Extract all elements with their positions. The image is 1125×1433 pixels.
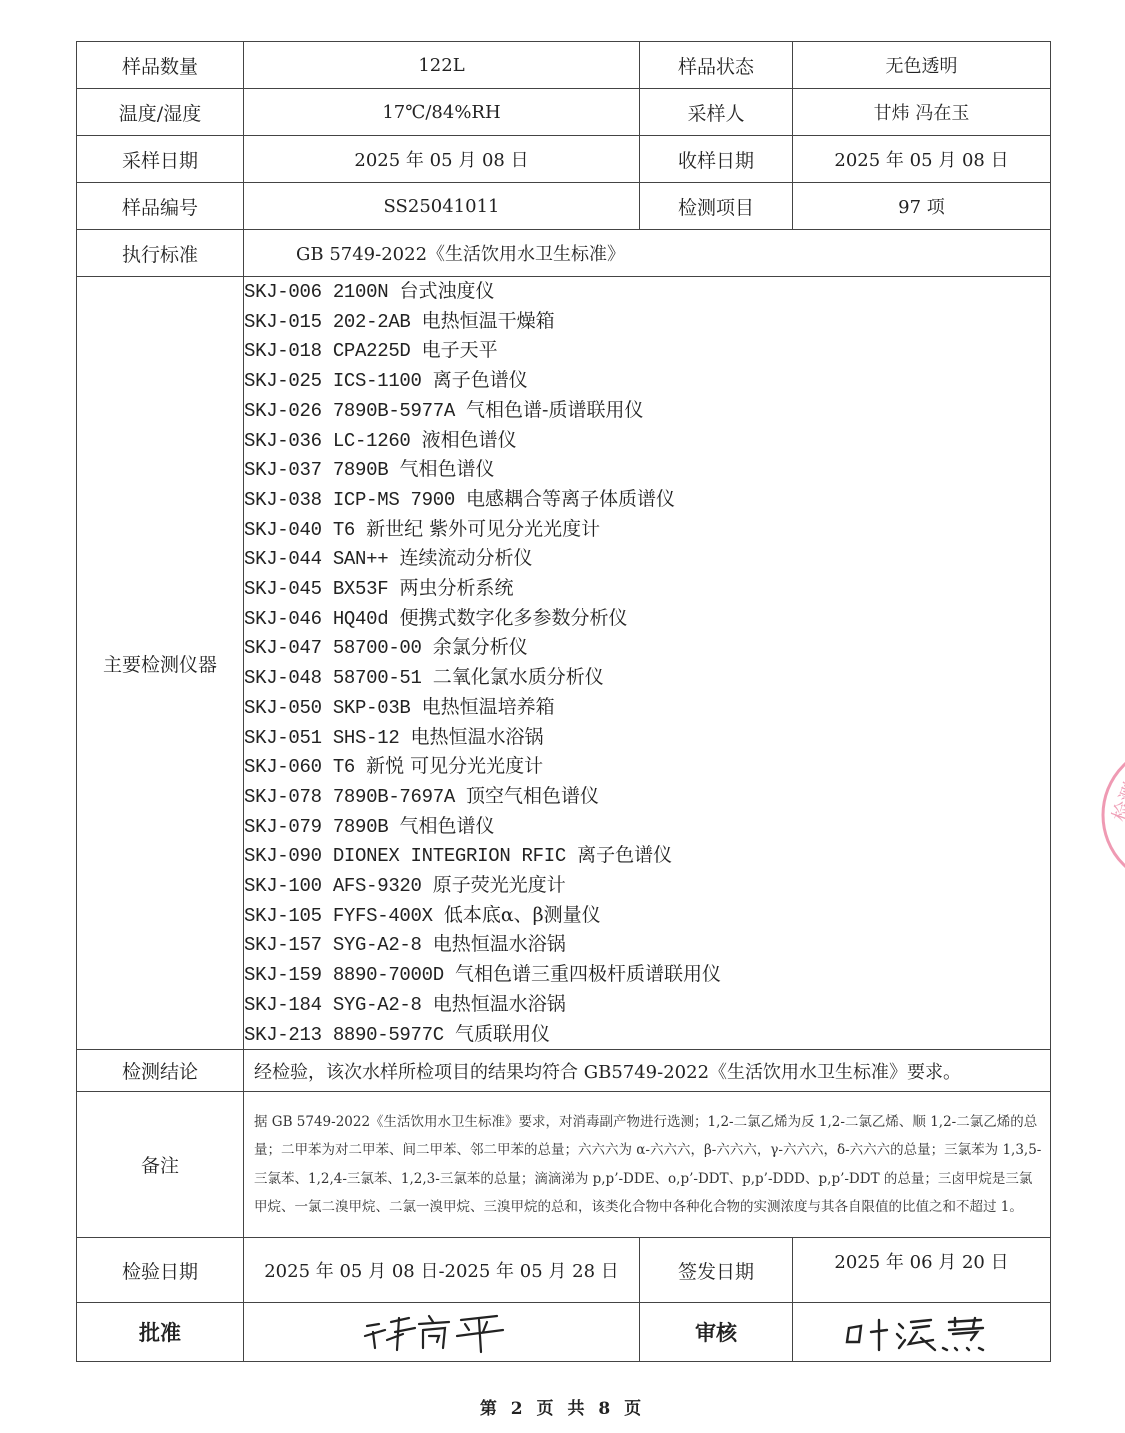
instrument-code: SKJ-036 LC-1260	[244, 430, 422, 452]
instrument-item: SKJ-157 SYG-A2-8 电热恒温水浴锅	[244, 930, 1050, 960]
instrument-code: SKJ-050 SKP-03B	[244, 697, 422, 719]
row-temperature: 温度/湿度 17℃/84%RH 采样人 甘炜 冯在玉	[77, 89, 1051, 136]
instrument-name: 电热恒温水浴锅	[411, 726, 544, 748]
instrument-item: SKJ-036 LC-1260 液相色谱仪	[244, 426, 1050, 456]
instrument-item: SKJ-213 8890-5977C 气质联用仪	[244, 1020, 1050, 1050]
instrument-code: SKJ-040 T6	[244, 519, 366, 541]
instrument-item: SKJ-079 7890B 气相色谱仪	[244, 812, 1050, 842]
instrument-code: SKJ-079 7890B	[244, 816, 399, 838]
instrument-list: SKJ-006 2100N 台式浊度仪SKJ-015 202-2AB 电热恒温干…	[244, 277, 1051, 1050]
label-review: 审核	[640, 1303, 793, 1362]
value-standard: GB 5749-2022《生活饮用水卫生标准》	[244, 230, 1051, 277]
label-sampling-date: 采样日期	[77, 136, 244, 183]
instrument-item: SKJ-078 7890B-7697A 顶空气相色谱仪	[244, 782, 1050, 812]
instrument-code: SKJ-078 7890B-7697A	[244, 786, 466, 808]
instrument-name: 两虫分析系统	[399, 577, 513, 599]
label-sample-state: 样品状态	[640, 42, 793, 89]
label-instruments: 主要检测仪器	[77, 277, 244, 1050]
label-conclusion: 检测结论	[77, 1050, 244, 1092]
signature-image	[357, 1310, 527, 1354]
label-temp-humidity: 温度/湿度	[77, 89, 244, 136]
label-standard: 执行标准	[77, 230, 244, 277]
value-sampling-date: 2025 年 05 月 08 日	[244, 136, 640, 183]
instrument-item: SKJ-040 T6 新世纪 紫外可见分光光度计	[244, 515, 1050, 545]
row-remarks: 备注 据 GB 5749-2022《生活饮用水卫生标准》要求，对消毒副产物进行选…	[77, 1092, 1051, 1238]
instrument-code: SKJ-048 58700-51	[244, 667, 433, 689]
instrument-code: SKJ-018 CPA225D	[244, 340, 422, 362]
instrument-code: SKJ-026 7890B-5977A	[244, 400, 466, 422]
row-sampling-date: 采样日期 2025 年 05 月 08 日 收样日期 2025 年 05 月 0…	[77, 136, 1051, 183]
instrument-item: SKJ-050 SKP-03B 电热恒温培养箱	[244, 693, 1050, 723]
instrument-code: SKJ-105 FYFS-400X	[244, 905, 444, 927]
instrument-code: SKJ-046 HQ40d	[244, 608, 399, 630]
approve-signature	[244, 1303, 640, 1362]
instrument-name: 顶空气相色谱仪	[466, 785, 599, 807]
label-test-items: 检测项目	[640, 183, 793, 230]
value-sample-state: 无色透明	[793, 42, 1051, 89]
instrument-code: SKJ-037 7890B	[244, 459, 399, 481]
instrument-name: 便携式数字化多参数分析仪	[399, 607, 627, 629]
instrument-item: SKJ-015 202-2AB 电热恒温干燥箱	[244, 307, 1050, 337]
instrument-name: 离子色谱仪	[577, 844, 672, 866]
value-receipt-date: 2025 年 05 月 08 日	[793, 136, 1051, 183]
row-sample-quantity: 样品数量 122L 样品状态 无色透明	[77, 42, 1051, 89]
instrument-name: 气相色谱仪	[399, 458, 494, 480]
instrument-name: 余氯分析仪	[433, 636, 528, 658]
instrument-code: SKJ-047 58700-00	[244, 637, 433, 659]
instrument-code: SKJ-015 202-2AB	[244, 311, 422, 333]
row-standard: 执行标准 GB 5749-2022《生活饮用水卫生标准》	[77, 230, 1051, 277]
label-inspect-date: 检验日期	[77, 1238, 244, 1303]
instrument-name: 电子天平	[422, 339, 498, 361]
report-table: 样品数量 122L 样品状态 无色透明 温度/湿度 17℃/84%RH 采样人 …	[76, 41, 1051, 1362]
page-footer: 第 2 页 共 8 页	[0, 1394, 1125, 1419]
instrument-item: SKJ-025 ICS-1100 离子色谱仪	[244, 366, 1050, 396]
instrument-code: SKJ-044 SAN++	[244, 548, 399, 570]
instrument-code: SKJ-159 8890-7000D	[244, 964, 455, 986]
instrument-code: SKJ-051 SHS-12	[244, 727, 411, 749]
signature-image	[837, 1310, 1007, 1354]
value-sample-quantity: 122L	[244, 42, 640, 89]
instrument-code: SKJ-213 8890-5977C	[244, 1024, 455, 1046]
label-sampler: 采样人	[640, 89, 793, 136]
value-remarks: 据 GB 5749-2022《生活饮用水卫生标准》要求，对消毒副产物进行选测；1…	[244, 1092, 1051, 1238]
instrument-item: SKJ-018 CPA225D 电子天平	[244, 336, 1050, 366]
instrument-name: 连续流动分析仪	[399, 547, 532, 569]
review-signature	[793, 1303, 1051, 1362]
instrument-name: 液相色谱仪	[422, 429, 517, 451]
row-conclusion: 检测结论 经检验，该次水样所检项目的结果均符合 GB5749-2022《生活饮用…	[77, 1050, 1051, 1092]
instrument-code: SKJ-157 SYG-A2-8	[244, 934, 433, 956]
instrument-name: 低本底α、β测量仪	[444, 904, 601, 926]
instrument-code: SKJ-006 2100N	[244, 281, 399, 303]
instrument-item: SKJ-100 AFS-9320 原子荧光光度计	[244, 871, 1050, 901]
instrument-name: 新世纪 紫外可见分光光度计	[366, 518, 600, 540]
row-sample-id: 样品编号 SS25041011 检测项目 97 项	[77, 183, 1051, 230]
label-issue-date: 签发日期	[640, 1238, 793, 1303]
instrument-item: SKJ-026 7890B-5977A 气相色谱-质谱联用仪	[244, 396, 1050, 426]
value-inspect-date: 2025 年 05 月 08 日-2025 年 05 月 28 日	[244, 1238, 640, 1303]
instrument-item: SKJ-046 HQ40d 便携式数字化多参数分析仪	[244, 604, 1050, 634]
row-instruments: 主要检测仪器 SKJ-006 2100N 台式浊度仪SKJ-015 202-2A…	[77, 277, 1051, 1050]
instrument-item: SKJ-006 2100N 台式浊度仪	[244, 277, 1050, 307]
instrument-name: 气相色谱三重四极杆质谱联用仪	[455, 963, 721, 985]
instrument-name: 电热恒温培养箱	[422, 696, 555, 718]
value-sample-id: SS25041011	[244, 183, 640, 230]
instrument-item: SKJ-060 T6 新悦 可见分光光度计	[244, 752, 1050, 782]
instrument-item: SKJ-038 ICP-MS 7900 电感耦合等离子体质谱仪	[244, 485, 1050, 515]
instrument-item: SKJ-090 DIONEX INTEGRION RFIC 离子色谱仪	[244, 841, 1050, 871]
label-approve: 批准	[77, 1303, 244, 1362]
label-sample-id: 样品编号	[77, 183, 244, 230]
instrument-name: 新悦 可见分光光度计	[366, 755, 543, 777]
instrument-code: SKJ-045 BX53F	[244, 578, 399, 600]
red-seal-stamp: 检测专用	[1098, 740, 1125, 890]
instrument-item: SKJ-045 BX53F 两虫分析系统	[244, 574, 1050, 604]
instrument-name: 电感耦合等离子体质谱仪	[466, 488, 675, 510]
instrument-item: SKJ-159 8890-7000D 气相色谱三重四极杆质谱联用仪	[244, 960, 1050, 990]
row-dates: 检验日期 2025 年 05 月 08 日-2025 年 05 月 28 日 签…	[77, 1238, 1051, 1303]
instrument-item: SKJ-047 58700-00 余氯分析仪	[244, 633, 1050, 663]
instrument-code: SKJ-184 SYG-A2-8	[244, 994, 433, 1016]
instrument-code: SKJ-060 T6	[244, 756, 366, 778]
value-temp-humidity: 17℃/84%RH	[244, 89, 640, 136]
instrument-item: SKJ-037 7890B 气相色谱仪	[244, 455, 1050, 485]
instrument-code: SKJ-090 DIONEX INTEGRION RFIC	[244, 845, 577, 867]
instrument-item: SKJ-105 FYFS-400X 低本底α、β测量仪	[244, 901, 1050, 931]
label-remarks: 备注	[77, 1092, 244, 1238]
instrument-name: 气质联用仪	[455, 1023, 550, 1045]
instrument-item: SKJ-184 SYG-A2-8 电热恒温水浴锅	[244, 990, 1050, 1020]
instrument-code: SKJ-100 AFS-9320	[244, 875, 433, 897]
instrument-code: SKJ-038 ICP-MS 7900	[244, 489, 466, 511]
report-page: 样品数量 122L 样品状态 无色透明 温度/湿度 17℃/84%RH 采样人 …	[0, 0, 1125, 1433]
instrument-code: SKJ-025 ICS-1100	[244, 370, 433, 392]
label-receipt-date: 收样日期	[640, 136, 793, 183]
value-conclusion: 经检验，该次水样所检项目的结果均符合 GB5749-2022《生活饮用水卫生标准…	[244, 1050, 1051, 1092]
instrument-name: 二氧化氯水质分析仪	[433, 666, 604, 688]
instrument-name: 电热恒温水浴锅	[433, 933, 566, 955]
label-sample-quantity: 样品数量	[77, 42, 244, 89]
instrument-name: 原子荧光光度计	[433, 874, 566, 896]
value-test-items: 97 项	[793, 183, 1051, 230]
instrument-name: 离子色谱仪	[433, 369, 528, 391]
value-sampler: 甘炜 冯在玉	[793, 89, 1051, 136]
instrument-name: 气相色谱-质谱联用仪	[466, 399, 643, 421]
instrument-item: SKJ-051 SHS-12 电热恒温水浴锅	[244, 723, 1050, 753]
row-approval: 批准 审核	[77, 1303, 1051, 1362]
instrument-item: SKJ-044 SAN++ 连续流动分析仪	[244, 544, 1050, 574]
instrument-name: 电热恒温干燥箱	[422, 310, 555, 332]
instrument-item: SKJ-048 58700-51 二氧化氯水质分析仪	[244, 663, 1050, 693]
instrument-name: 台式浊度仪	[399, 280, 494, 302]
instrument-name: 气相色谱仪	[399, 815, 494, 837]
instrument-name: 电热恒温水浴锅	[433, 993, 566, 1015]
value-issue-date: 2025 年 06 月 20 日	[793, 1238, 1051, 1303]
